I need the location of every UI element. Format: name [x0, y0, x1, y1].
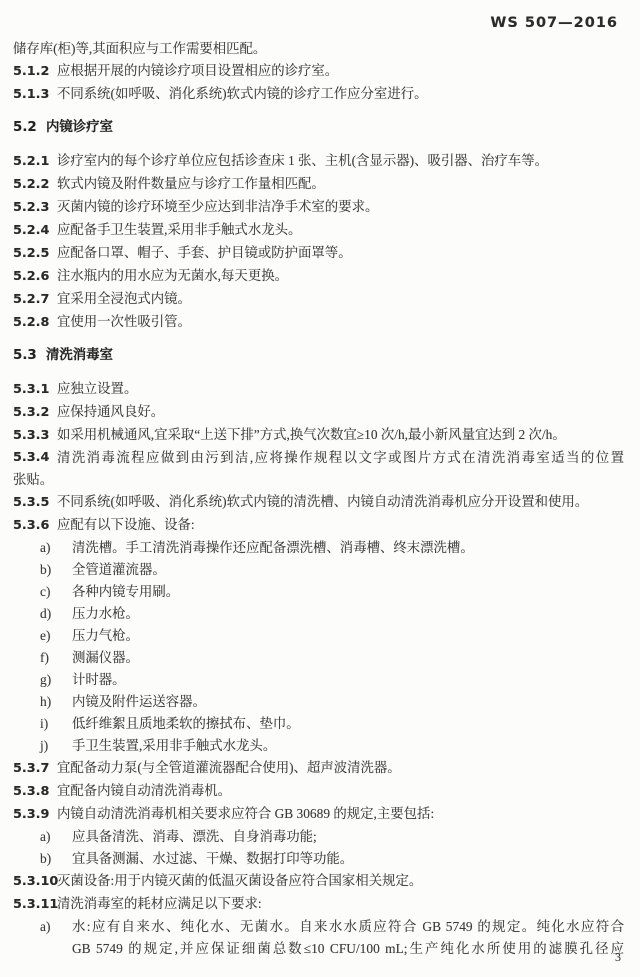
- clause-row: 5.3.6应配有以下设施、设备:: [13, 514, 624, 537]
- clause-row: 5.3.1应独立设置。: [13, 378, 624, 401]
- list-item-text: 应具备清洗、消毒、漂洗、自身消毒功能;: [72, 829, 317, 844]
- list-item: f)测漏仪器。: [13, 647, 624, 669]
- list-item: g)计时器。: [13, 669, 624, 691]
- section-title: 清洗消毒室: [46, 348, 113, 363]
- clause-text: 应根据开展的内镜诊疗项目设置相应的诊疗室。: [57, 63, 338, 78]
- clause-row: 5.3.4清洗消毒流程应做到由污到洁,应将操作规程以文字或图片方式在清洗消毒室适…: [13, 447, 624, 491]
- clause-text: 应独立设置。: [57, 381, 137, 396]
- clause-text: 如采用机械通风,宜采取“上送下排”方式,换气次数宜≥10 次/h,最小新风量宜达…: [57, 427, 566, 442]
- clause-text: 宜采用全浸泡式内镜。: [57, 291, 191, 306]
- clause-row: 5.2.4应配备手卫生装置,采用非手触式水龙头。: [13, 219, 624, 242]
- clause-number: 5.3.11: [13, 894, 57, 916]
- clause-row: 5.1.2应根据开展的内镜诊疗项目设置相应的诊疗室。: [13, 60, 624, 83]
- clause-row: 5.3.5不同系统(如呼吸、消化系统)软式内镜的清洗槽、内镜自动清洗消毒机应分开…: [13, 491, 624, 514]
- clause-number: 5.2.4: [13, 220, 57, 242]
- clause-text: 应保持通风良好。: [57, 404, 164, 419]
- clause-text: 宜配备动力泵(与全管道灌流器配合使用)、超声波清洗器。: [57, 760, 401, 775]
- clause-text: 宜使用一次性吸引管。: [57, 314, 191, 329]
- page-number: 3: [615, 946, 621, 968]
- clause-row: 5.1.3不同系统(如呼吸、消化系统)软式内镜的诊疗工作应分室进行。: [13, 83, 624, 106]
- list-item-text: 测漏仪器。: [72, 650, 139, 665]
- clause-number: 5.1.2: [13, 61, 57, 83]
- clause-row: 5.3.10灭菌设备:用于内镜灭菌的低温灭菌设备应符合国家相关规定。: [13, 870, 624, 893]
- clause-number: 5.2.8: [13, 312, 57, 334]
- list-item-text: 压力水枪。: [72, 606, 139, 621]
- standard-code-header: WS 507—2016: [490, 12, 618, 34]
- list-item: b)宜具备测漏、水过滤、干燥、数据打印等功能。: [13, 848, 624, 870]
- list-item-letter: a): [40, 916, 50, 938]
- clause-number: 5.3.4: [13, 447, 57, 469]
- list-item-text: 清洗槽。手工清洗消毒操作还应配备漂洗槽、消毒槽、终末漂洗槽。: [72, 540, 474, 555]
- clause-row: 5.2.6注水瓶内的用水应为无菌水,每天更换。: [13, 265, 624, 288]
- list-item: j)手卫生装置,采用非手触式水龙头。: [13, 735, 624, 757]
- clause-row: 5.3.11清洗消毒室的耗材应满足以下要求:: [13, 893, 624, 916]
- list-item: d)压力水枪。: [13, 603, 624, 625]
- clause-number: 5.3.7: [13, 758, 57, 780]
- list-item: e)压力气枪。: [13, 625, 624, 647]
- clause-text: 清洗消毒流程应做到由污到洁,应将操作规程以文字或图片方式在清洗消毒室适当的位置: [57, 447, 624, 469]
- list-item: i)低纤维絮且质地柔软的擦拭布、垫巾。: [13, 713, 624, 735]
- clause-row: 5.3.2应保持通风良好。: [13, 401, 624, 424]
- list-item-text-continued: GB 5749 的规定,并应保证细菌总数≤10 CFU/100 mL;生产纯化水…: [72, 938, 624, 960]
- list-item-letter: d): [40, 603, 51, 625]
- list-item-letter: g): [40, 669, 51, 691]
- clause-number: 5.3.9: [13, 804, 57, 826]
- clause-text: 不同系统(如呼吸、消化系统)软式内镜的诊疗工作应分室进行。: [57, 86, 427, 101]
- clause-text: 宜配备内镜自动清洗消毒机。: [57, 783, 231, 798]
- section-number: 5.3: [13, 345, 46, 367]
- clause-number: 5.2.2: [13, 174, 57, 196]
- section-title: 内镜诊疗室: [46, 120, 113, 135]
- clause-row: 5.2.2软式内镜及附件数量应与诊疗工作量相匹配。: [13, 173, 624, 196]
- clause-text-continued: 张贴。: [13, 472, 53, 487]
- list-item-letter: h): [40, 691, 51, 713]
- clause-number: 5.3.5: [13, 492, 57, 514]
- clause-text: 灭菌内镜的诊疗环境至少应达到非洁净手术室的要求。: [57, 199, 378, 214]
- list-item: a) 水:应有自来水、纯化水、无菌水。自来水水质应符合 GB 5749 的规定。…: [13, 916, 624, 960]
- clause-text: 灭菌设备:用于内镜灭菌的低温灭菌设备应符合国家相关规定。: [57, 873, 422, 888]
- list-item: b)全管道灌流器。: [13, 559, 624, 581]
- clause-text: 应配有以下设施、设备:: [57, 517, 195, 532]
- clause-number: 5.1.3: [13, 84, 57, 106]
- clause-row: 5.3.9内镜自动清洗消毒机相关要求应符合 GB 30689 的规定,主要包括:: [13, 803, 624, 826]
- clause-number: 5.2.1: [13, 151, 57, 173]
- list-item-text: 宜具备测漏、水过滤、干燥、数据打印等功能。: [72, 851, 353, 866]
- clause-row: 5.2.8宜使用一次性吸引管。: [13, 311, 624, 334]
- clause-text: 清洗消毒室的耗材应满足以下要求:: [57, 896, 262, 911]
- clause-number: 5.3.2: [13, 402, 57, 424]
- list-item-text: 计时器。: [72, 672, 126, 687]
- clause-text: 应配备手卫生装置,采用非手触式水龙头。: [57, 222, 301, 237]
- list-item-letter: a): [40, 537, 50, 559]
- list-item-text: 压力气枪。: [72, 628, 139, 643]
- continuation-text: 储存库(柜)等,其面积应与工作需要相匹配。: [13, 38, 624, 60]
- clause-text: 软式内镜及附件数量应与诊疗工作量相匹配。: [57, 176, 325, 191]
- list-item: h)内镜及附件运送容器。: [13, 691, 624, 713]
- clause-row: 5.2.1诊疗室内的每个诊疗单位应包括诊查床 1 张、主机(含显示器)、吸引器、…: [13, 150, 624, 173]
- clause-text: 诊疗室内的每个诊疗单位应包括诊查床 1 张、主机(含显示器)、吸引器、治疗车等。: [57, 153, 548, 168]
- clause-number: 5.3.10: [13, 871, 57, 893]
- clause-row: 5.2.5应配备口罩、帽子、手套、护目镜或防护面罩等。: [13, 242, 624, 265]
- list-item-text: 各种内镜专用刷。: [72, 584, 179, 599]
- clause-number: 5.2.5: [13, 243, 57, 265]
- clause-number: 5.2.6: [13, 266, 57, 288]
- list-item-letter: f): [40, 647, 49, 669]
- list-item: c)各种内镜专用刷。: [13, 581, 624, 603]
- clause-row: 5.3.8宜配备内镜自动清洗消毒机。: [13, 780, 624, 803]
- clause-row: 5.3.7宜配备动力泵(与全管道灌流器配合使用)、超声波清洗器。: [13, 757, 624, 780]
- list-item-letter: b): [40, 559, 51, 581]
- list-item: a)清洗槽。手工清洗消毒操作还应配备漂洗槽、消毒槽、终末漂洗槽。: [13, 537, 624, 559]
- list-item-text: 水:应有自来水、纯化水、无菌水。自来水水质应符合 GB 5749 的规定。纯化水…: [72, 916, 624, 938]
- clause-text: 内镜自动清洗消毒机相关要求应符合 GB 30689 的规定,主要包括:: [57, 806, 434, 821]
- list-item-letter: j): [40, 735, 48, 757]
- list-item-text: 全管道灌流器。: [72, 562, 166, 577]
- clause-text: 不同系统(如呼吸、消化系统)软式内镜的清洗槽、内镜自动清洗消毒机应分开设置和使用…: [57, 494, 588, 509]
- clause-number: 5.3.6: [13, 515, 57, 537]
- clause-text: 注水瓶内的用水应为无菌水,每天更换。: [57, 268, 288, 283]
- section-heading: 5.3清洗消毒室: [13, 345, 624, 367]
- list-item-text: 内镜及附件运送容器。: [72, 694, 206, 709]
- clause-number: 5.3.1: [13, 379, 57, 401]
- clause-number: 5.2.7: [13, 289, 57, 311]
- list-item-letter: e): [40, 625, 50, 647]
- clause-number: 5.3.8: [13, 781, 57, 803]
- list-item-text: 低纤维絮且质地柔软的擦拭布、垫巾。: [72, 716, 300, 731]
- clause-row: 5.2.7宜采用全浸泡式内镜。: [13, 288, 624, 311]
- clause-row: 5.3.3如采用机械通风,宜采取“上送下排”方式,换气次数宜≥10 次/h,最小…: [13, 424, 624, 447]
- clause-row: 5.2.3灭菌内镜的诊疗环境至少应达到非洁净手术室的要求。: [13, 196, 624, 219]
- clause-number: 5.2.3: [13, 197, 57, 219]
- list-item: a)应具备清洗、消毒、漂洗、自身消毒功能;: [13, 826, 624, 848]
- document-page: WS 507—2016 储存库(柜)等,其面积应与工作需要相匹配。 5.1.2应…: [0, 0, 640, 977]
- list-item-letter: i): [40, 713, 48, 735]
- list-item-letter: c): [40, 581, 50, 603]
- section-heading: 5.2内镜诊疗室: [13, 117, 624, 139]
- list-item-letter: b): [40, 848, 51, 870]
- list-item-letter: a): [40, 826, 50, 848]
- list-item-text: 手卫生装置,采用非手触式水龙头。: [72, 738, 276, 753]
- clause-number: 5.3.3: [13, 425, 57, 447]
- section-number: 5.2: [13, 117, 46, 139]
- clause-text: 应配备口罩、帽子、手套、护目镜或防护面罩等。: [57, 245, 352, 260]
